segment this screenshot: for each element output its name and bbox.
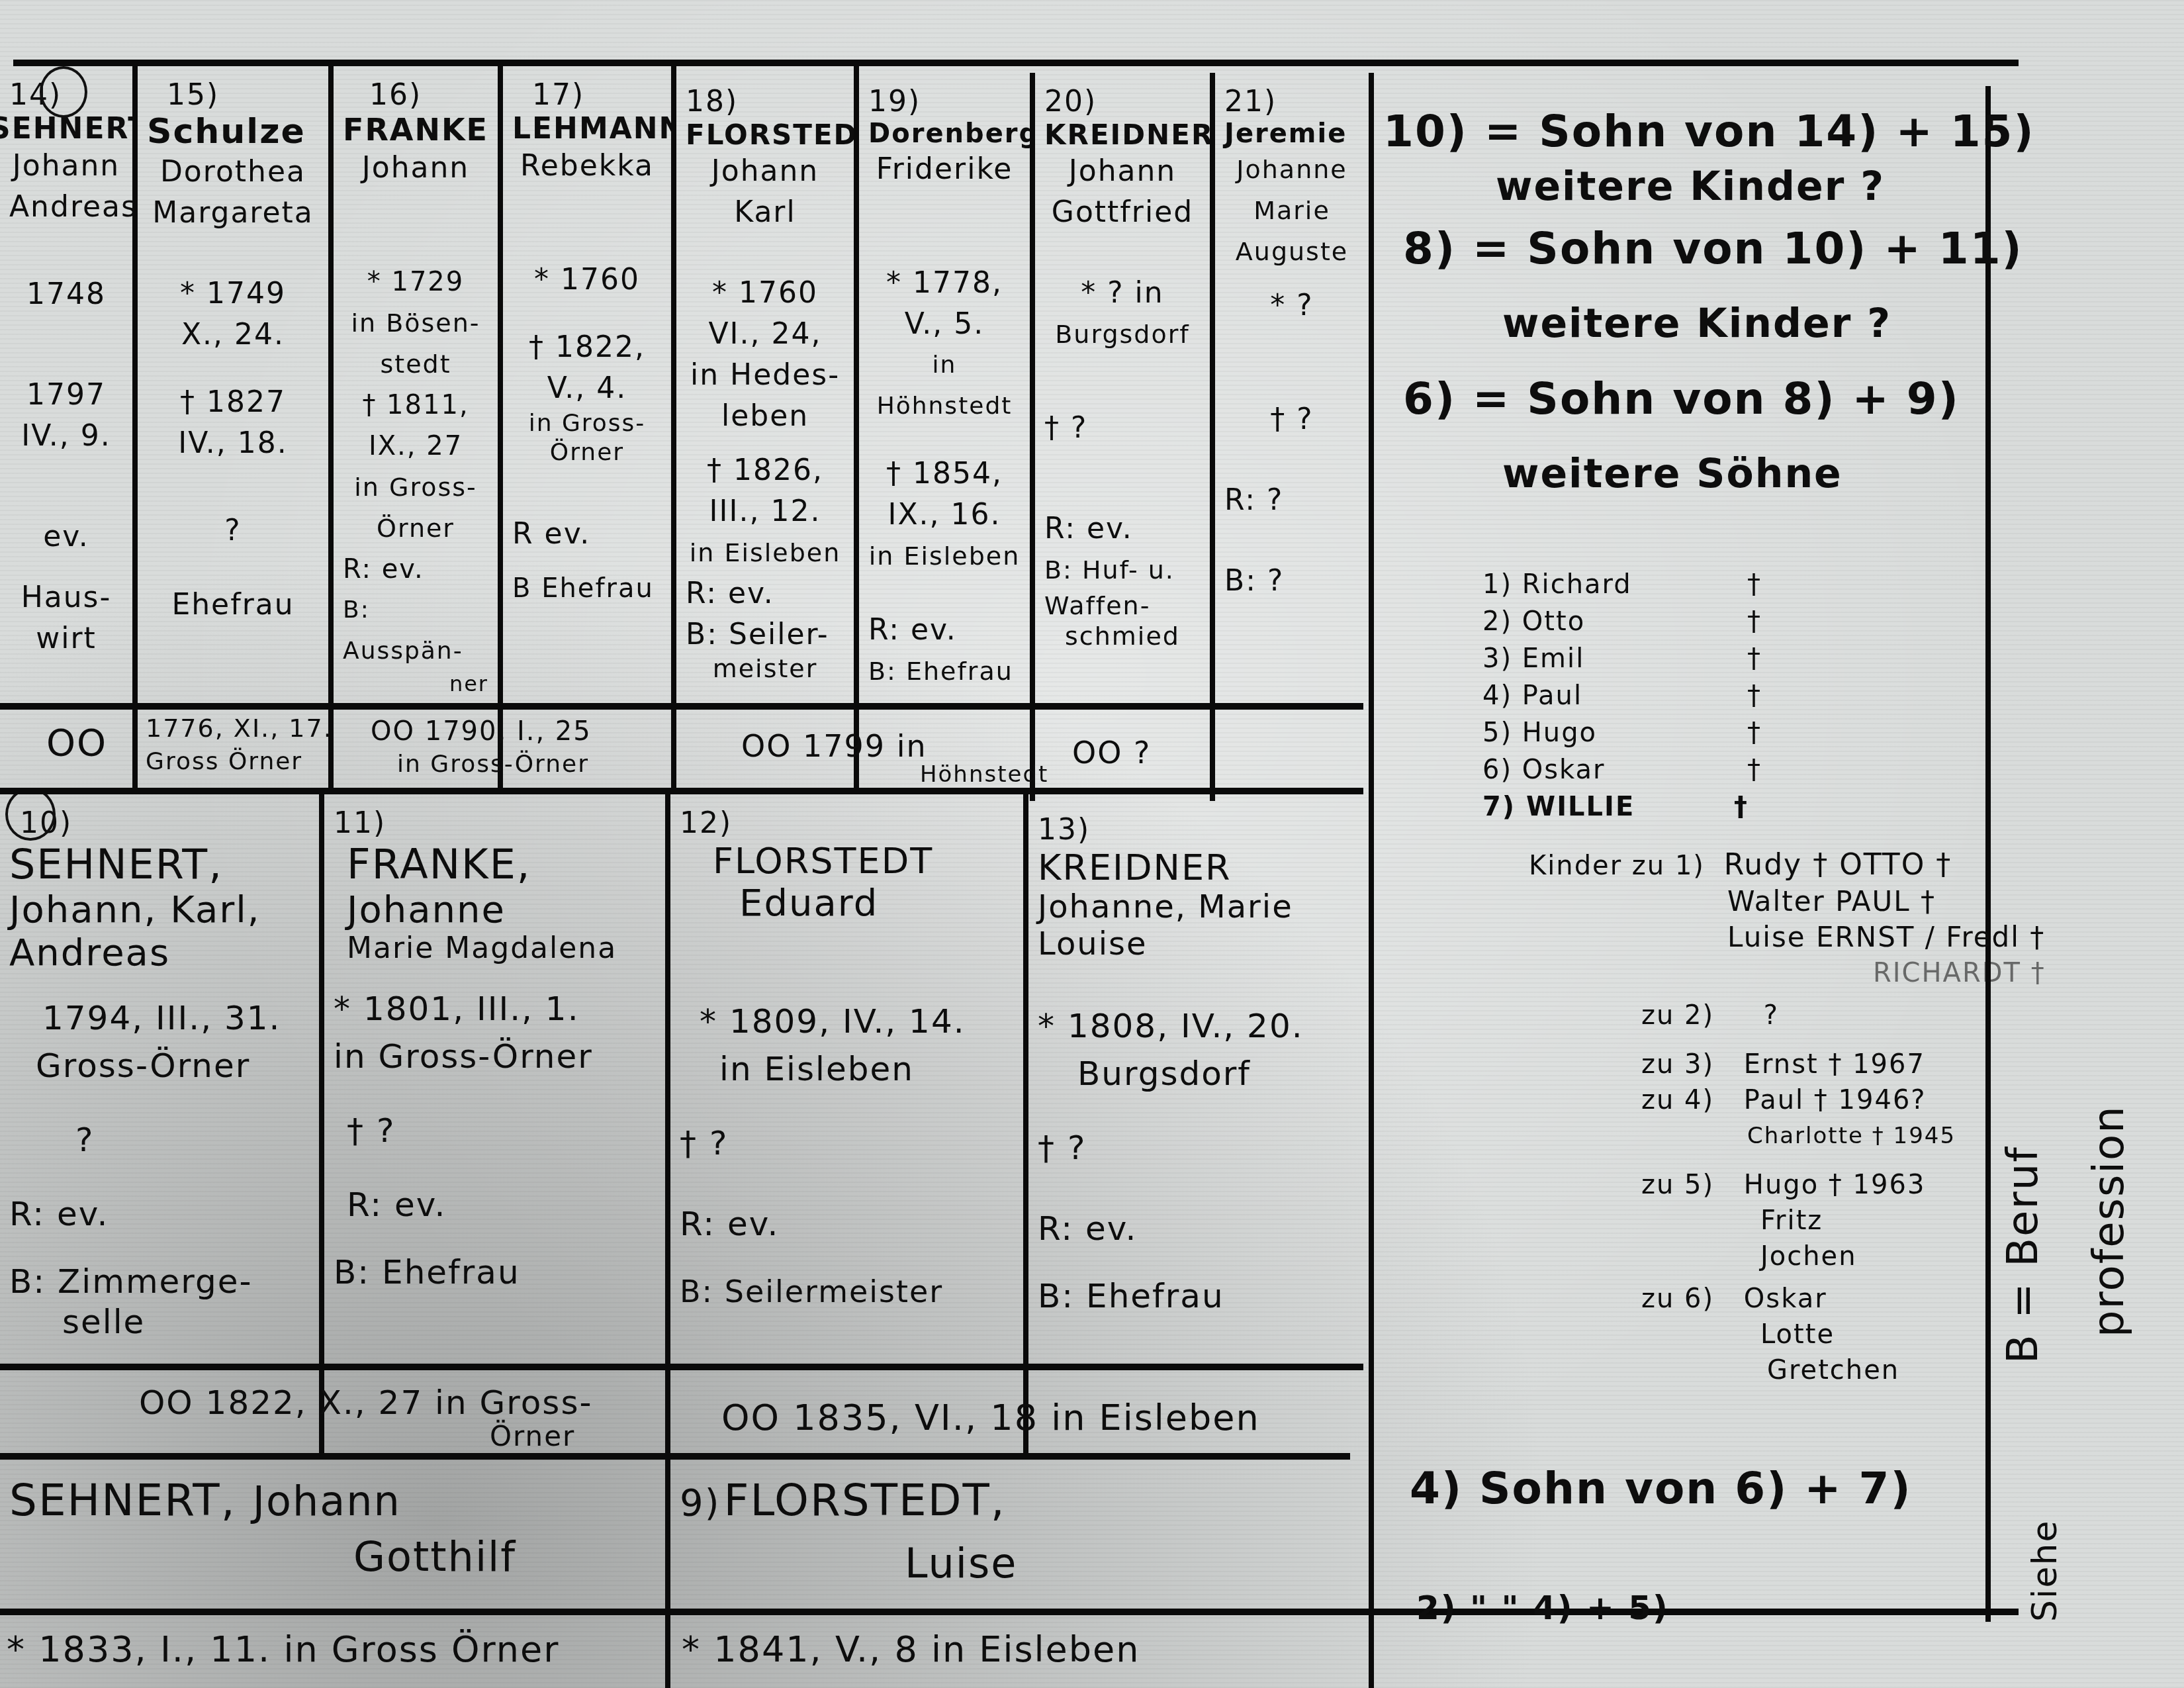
ancestor-surname: Jeremie — [1224, 118, 1359, 149]
ancestor-birth-9: * 1841, V., 8 in Eisleben — [682, 1628, 1140, 1670]
profession: B Ehefrau — [512, 568, 662, 609]
birth-date: * 1809, IV., 14. — [680, 998, 1014, 1045]
religion: R ev. — [512, 514, 662, 555]
profession: B: Seilermeister — [680, 1268, 1014, 1315]
marriage-18-19-place: Höhnstedt — [920, 761, 1048, 788]
child-name: RICHARDT † — [1529, 955, 1992, 991]
ancestor-card-8: SEHNERT, Johann Gotthilf — [0, 1463, 665, 1609]
birth-date: * 1760 — [686, 273, 844, 314]
birth-place: in Hedes- — [686, 355, 844, 396]
col-divider — [319, 788, 324, 1453]
marriage-10-11-place: Örner — [490, 1420, 575, 1452]
profession: Haus- — [9, 577, 123, 618]
ancestor-given: Johann — [1044, 151, 1201, 192]
birth-date: * 1778, — [868, 263, 1021, 304]
ancestor-given: Andreas — [9, 931, 310, 974]
ancestor-surname: Dorenberg — [868, 118, 1021, 149]
margin-note: Siehe — [2025, 1470, 2065, 1622]
birth-place: in Gross-Örner — [334, 1033, 656, 1080]
row1-marriage-top — [0, 703, 1363, 710]
ancestor-number: 20) — [1044, 85, 1201, 118]
children-group: zu 3) Ernst † 1967 — [1529, 1047, 1992, 1082]
ancestor-card-11: 11) FRANKE, Johanne Marie Magdalena * 18… — [324, 794, 665, 1364]
marriage-18-19-date: OO 1799 in — [741, 728, 927, 764]
birth-year: 1748 — [9, 274, 123, 315]
col-divider — [1023, 794, 1028, 1456]
col-divider — [132, 60, 138, 788]
death-date: IX., 27 — [343, 426, 488, 467]
profession: B: Zimmerge- — [9, 1258, 310, 1305]
note-line: 8) = Sohn von 10) + 11) — [1383, 223, 1979, 274]
child-name: Charlotte † 1945 — [1529, 1118, 1992, 1154]
death-date: IV., 9. — [9, 416, 123, 457]
ancestor-card-17: 17) LEHMANN Rebekka * 1760 † 1822, V., 4… — [503, 66, 671, 702]
religion: R: ev. — [334, 1181, 656, 1229]
son-item: 2) Otto† — [1482, 603, 1760, 640]
profession: meister — [686, 655, 844, 682]
birth-date: * 1801, III., 1. — [334, 985, 656, 1033]
col-divider — [854, 66, 859, 788]
note-sub: weitere Söhne — [1383, 451, 1979, 497]
religion: R: ev. — [343, 549, 488, 590]
marriage-12-13-date: OO 1835, VI., 18 in Eisleben — [721, 1397, 1260, 1438]
note-bottom-main: 4) Sohn von 6) + 7) — [1410, 1463, 1912, 1514]
col-divider — [1369, 73, 1374, 1688]
birth-place: Burgsdorf — [1038, 1050, 1359, 1098]
son-item: 4) Paul† — [1482, 677, 1760, 714]
death-date: 1797 — [9, 375, 123, 416]
ancestor-number: 15) — [147, 78, 319, 112]
ancestor-surname: FLORSTEDT, — [724, 1475, 1006, 1526]
death-date: † ? — [334, 1107, 656, 1154]
note-sub: weitere Kinder ? — [1383, 301, 1979, 347]
ancestor-given: Karl — [686, 192, 844, 233]
marriage-14-15-date: 1776, XI., 17. — [146, 714, 333, 743]
birth-place: in Höhnstedt — [868, 345, 1021, 427]
profession: B: Ehefrau — [334, 1248, 656, 1296]
profession: schmied — [1044, 621, 1201, 651]
birth-date: VI., 24, — [686, 314, 844, 355]
birth-place: in Eisleben — [680, 1045, 1014, 1093]
profession: ner — [343, 672, 488, 696]
col-divider — [498, 60, 503, 788]
row2-marriage-top — [0, 1364, 1363, 1370]
ancestor-card-20: 20) KREIDNER Johann Gottfried * ? in Bur… — [1035, 73, 1210, 702]
death-date: † ? — [1224, 399, 1359, 440]
child-name: Lotte — [1529, 1317, 1992, 1352]
religion: R: ev. — [9, 1190, 310, 1238]
ancestor-card-12: 12) FLORSTEDT Eduard * 1809, IV., 14. in… — [670, 794, 1023, 1364]
death-place: in Gross- — [512, 409, 662, 438]
ancestor-birth-8: * 1833, I., 11. in Gross Örner — [7, 1628, 560, 1670]
religion: R: ev. — [680, 1200, 1014, 1248]
row3-bottom — [0, 1609, 2019, 1615]
ancestor-given: Andreas — [9, 187, 123, 228]
birth-date: * 1760 — [512, 259, 662, 301]
child-name: Rudy † OTTO † — [1724, 848, 1952, 882]
legend-profession: profession — [2085, 1006, 2134, 1337]
ancestor-given: Luise — [680, 1539, 1359, 1587]
ancestor-surname: Schulze — [147, 112, 319, 152]
religion: R: ev. — [686, 573, 844, 614]
ancestor-given: Gotthilf — [9, 1532, 656, 1581]
ancestor-card-15: 15) Schulze Dorothea Margareta * 1749 X.… — [138, 66, 328, 702]
ancestor-surname: KREIDNER — [1044, 118, 1201, 151]
ancestor-given: Johann, Karl, — [9, 888, 310, 931]
profession: B: Ehefrau — [1038, 1272, 1359, 1320]
profession: B: Ausspän- — [343, 590, 488, 672]
col-divider — [1030, 73, 1035, 801]
ancestor-surname: FRANKE, — [334, 840, 656, 888]
son-item: 7) WILLIE† — [1482, 788, 1760, 825]
death-date: ? — [9, 1116, 310, 1164]
ancestor-given: Auguste — [1224, 231, 1359, 272]
birth-place: Gross-Örner — [9, 1042, 310, 1090]
marriage-16-17-date: OO 1790, I., 25 — [371, 716, 592, 747]
birth-place: in Bösen- — [343, 303, 488, 344]
notes-panel: 10) = Sohn von 14) + 15) weitere Kinder … — [1383, 106, 1979, 497]
ancestor-given: Eduard — [680, 882, 1014, 925]
ancestor-given: Gottfried — [1044, 192, 1201, 233]
birth-place: leben — [686, 396, 844, 437]
birth-date: * 1729 — [343, 261, 488, 303]
death-date: † 1826, — [686, 450, 844, 491]
marriage-14-15-symbol: OO — [46, 722, 107, 765]
marriage-16-17-place: in Gross-Örner — [397, 751, 589, 778]
birth-date: * ? in — [1044, 273, 1201, 314]
death-date: † 1827 — [147, 382, 319, 423]
ancestor-surname: LEHMANN — [512, 112, 662, 146]
son-item: 6) Oskar† — [1482, 751, 1760, 788]
ancestor-given: Louise — [1038, 925, 1359, 962]
death-date: IV., 18. — [147, 423, 319, 464]
ancestor-given: Johanne — [334, 888, 656, 931]
birth-place: stedt — [343, 344, 488, 385]
profession: B: Seiler- — [686, 614, 844, 655]
ancestor-card-18: 18) FLORSTEDT Johann Karl * 1760 VI., 24… — [676, 73, 854, 702]
death-date: † 1854, — [868, 453, 1021, 494]
children-label: Kinder zu 1) Rudy † OTTO † — [1529, 847, 1992, 884]
sons-list: 1) Richard† 2) Otto† 3) Emil† 4) Paul† 5… — [1482, 566, 1760, 825]
death-date: † ? — [680, 1119, 1014, 1167]
ancestor-given: Marie — [1224, 190, 1359, 231]
legend-beruf: B = Beruf — [1999, 1019, 2048, 1364]
ancestor-given: Johanne — [1224, 149, 1359, 190]
row2-marriage-bottom — [0, 1453, 1350, 1460]
profession: selle — [9, 1305, 310, 1338]
ancestor-card-19: 19) Dorenberg Friderike * 1778, V., 5. i… — [859, 73, 1030, 702]
son-item: 5) Hugo† — [1482, 714, 1760, 751]
birth-date: * 1808, IV., 20. — [1038, 1002, 1359, 1050]
note-bottom-sub: 2) " " 4) + 5) — [1416, 1589, 1669, 1627]
profession: Waffen- — [1044, 590, 1201, 621]
profession: wirt — [9, 618, 123, 659]
birth-date: X., 24. — [147, 314, 319, 355]
ancestor-card-16: 16) FRANKE Johann * 1729 in Bösen- stedt… — [334, 66, 498, 702]
ancestor-card-9: 9) FLORSTEDT, Luise — [670, 1463, 1369, 1609]
ancestor-card-21: 21) Jeremie Johanne Marie Auguste * ? † … — [1215, 73, 1369, 702]
child-name: Luise ERNST / Fredl † — [1529, 919, 1992, 955]
death-date: IX., 16. — [868, 494, 1021, 536]
marriage-14-15-place: Gross Örner — [146, 748, 302, 775]
birth-date: 1794, III., 31. — [9, 994, 310, 1042]
child-name: Fritz — [1529, 1203, 1992, 1239]
ancestor-number: 13) — [1038, 813, 1359, 847]
children-group: zu 6) Oskar — [1529, 1281, 1992, 1317]
top-border — [13, 60, 2019, 66]
ancestor-number: 12) — [680, 806, 1014, 840]
death-place: Örner — [343, 508, 488, 549]
death-place: in Gross- — [343, 467, 488, 508]
son-item: 1) Richard† — [1482, 566, 1760, 603]
child-name: Jochen — [1529, 1239, 1992, 1274]
religion: R: ev. — [868, 610, 1021, 651]
ancestor-number: 19) — [868, 85, 1021, 118]
profession: Ehefrau — [147, 585, 319, 626]
note-line: 10) = Sohn von 14) + 15) — [1383, 106, 1979, 157]
marriage-20-21: OO ? — [1072, 735, 1151, 771]
col-divider — [671, 66, 676, 788]
ancestor-number: 11) — [334, 806, 656, 840]
ancestor-surname: FLORSTEDT — [686, 118, 844, 151]
ancestor-surname: SEHNERT, — [9, 1475, 236, 1526]
ancestor-card-13: 13) KREIDNER Johanne, Marie Louise * 180… — [1028, 801, 1369, 1364]
profession: B: Ehefrau — [868, 651, 1021, 692]
profession: B: ? — [1224, 561, 1359, 602]
ancestor-surname: FLORSTEDT — [680, 840, 1014, 882]
son-item: 3) Emil† — [1482, 640, 1760, 677]
ancestor-surname: SEHNERT, — [9, 840, 310, 888]
death-date: † ? — [1044, 408, 1201, 449]
birth-place: Burgsdorf — [1044, 314, 1201, 355]
ancestor-given: Margareta — [147, 193, 319, 234]
death-place: in Eisleben — [686, 532, 844, 573]
circle-marker — [40, 66, 87, 118]
ancestor-given: Friderike — [868, 149, 1021, 190]
religion: R: ev. — [1044, 508, 1201, 549]
profession: B: Huf- u. — [1044, 549, 1201, 590]
religion: R: ev. — [1038, 1205, 1359, 1252]
ancestor-given: Johann — [343, 148, 488, 189]
death-date: † ? — [1038, 1124, 1359, 1172]
death-date: † 1822, — [512, 327, 662, 368]
death-place: Örner — [512, 438, 662, 467]
ancestor-given: Johanne, Marie — [1038, 888, 1359, 925]
col-divider — [1210, 73, 1215, 801]
col-divider — [328, 60, 334, 788]
children-group: zu 4) Paul † 1946? — [1529, 1082, 1992, 1118]
child-name: Gretchen — [1529, 1352, 1992, 1388]
religion: ev. — [9, 516, 123, 557]
ancestor-given: Johann — [9, 146, 123, 187]
ancestor-number: 21) — [1224, 85, 1359, 118]
children-group: zu 5) Hugo † 1963 — [1529, 1167, 1992, 1203]
ancestor-number: 9) — [680, 1481, 720, 1524]
birth-date: * 1749 — [147, 273, 319, 314]
death-place: in Eisleben — [868, 536, 1021, 577]
note-sub: weitere Kinder ? — [1383, 164, 1979, 210]
children-group: zu 2) ? — [1529, 998, 1992, 1033]
ancestor-given: Marie Magdalena — [334, 931, 656, 965]
ancestor-number: 18) — [686, 85, 844, 118]
birth-date: V., 5. — [868, 304, 1021, 345]
death-date: V., 4. — [512, 368, 662, 409]
death-date: † 1811, — [343, 385, 488, 426]
birth-date: * ? — [1224, 285, 1359, 326]
ancestor-card-10: 10) SEHNERT, Johann, Karl, Andreas 1794,… — [0, 794, 319, 1364]
religion: ? — [147, 510, 319, 551]
ancestor-surname: FRANKE — [343, 112, 488, 148]
row1-marriage-bottom — [0, 788, 1363, 794]
ancestor-surname: KREIDNER — [1038, 847, 1359, 888]
ancestor-number: 16) — [343, 78, 488, 112]
ancestor-given: Dorothea — [147, 152, 319, 193]
ancestor-given: Rebekka — [512, 146, 662, 187]
ancestor-given: Johann — [253, 1477, 401, 1525]
col-divider — [665, 788, 670, 1688]
death-date: III., 12. — [686, 491, 844, 532]
note-line: 6) = Sohn von 8) + 9) — [1383, 373, 1979, 424]
marriage-10-11-date: OO 1822, X., 27 in Gross- — [139, 1383, 593, 1422]
religion: R: ? — [1224, 480, 1359, 521]
children-list: Kinder zu 1) Rudy † OTTO † Walter PAUL †… — [1529, 847, 1992, 1388]
ancestor-number: 17) — [512, 78, 662, 112]
ancestor-card-14: 14) SEHNERT Johann Andreas 1748 1797 IV.… — [0, 66, 132, 702]
child-name: Walter PAUL † — [1529, 884, 1992, 919]
ancestor-given: Johann — [686, 151, 844, 192]
